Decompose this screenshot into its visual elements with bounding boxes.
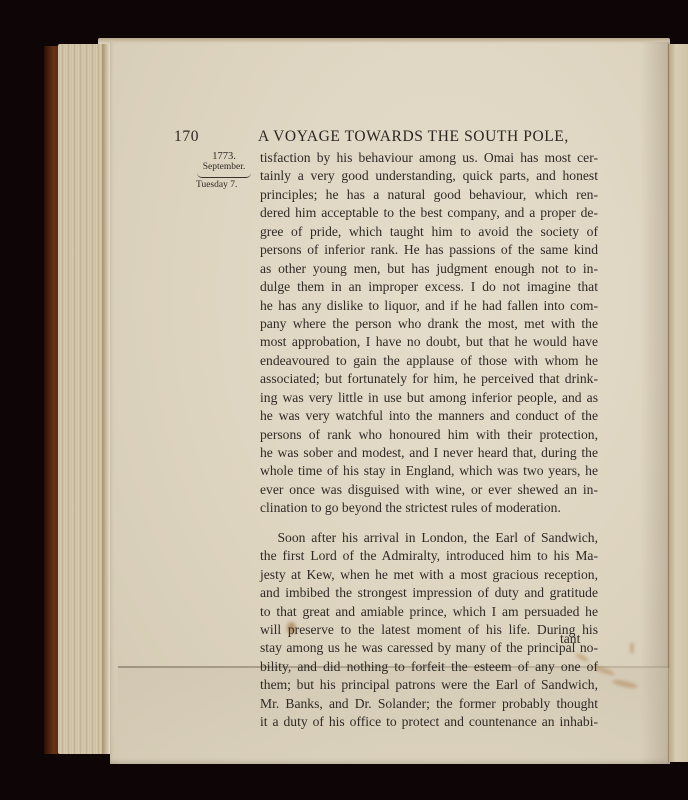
text-line: Soon after his arrival in London, the Ea… <box>260 529 598 547</box>
margin-day: Tuesday 7. <box>192 180 256 191</box>
text-line: will preserve to the latest moment of hi… <box>260 621 598 639</box>
text-line: and imbibed the strongest impression of … <box>260 584 598 602</box>
text-line: persons of rank who honoured him with th… <box>260 426 598 444</box>
text-line: ing was very little in use but among inf… <box>260 389 598 407</box>
text-line: gree of pride, which taught him to avoid… <box>260 223 598 241</box>
text-line: the first Lord of the Admiralty, introdu… <box>260 547 598 565</box>
text-line: tisfaction by his behaviour among us. Om… <box>260 149 598 167</box>
text-line: he was sober and modest, and I never hea… <box>260 444 598 462</box>
text-line: stay among us he was caressed by many of… <box>260 639 598 657</box>
gutter-shadow <box>640 42 670 764</box>
text-line: it a duty of his office to protect and c… <box>260 713 598 731</box>
text-line: he was very watchful into the manners an… <box>260 407 598 425</box>
paragraph: Soon after his arrival in London, the Ea… <box>260 529 598 732</box>
foxing-stain <box>630 642 634 654</box>
text-line: to that great and amiable prince, which … <box>260 603 598 621</box>
page-stack-edges <box>58 44 112 754</box>
brace-divider <box>197 173 251 178</box>
text-line: clination to go beyond the strictest rul… <box>260 499 598 517</box>
body-text: tisfaction by his behaviour among us. Om… <box>260 149 598 732</box>
text-line: dulge them in an improper excess. I do n… <box>260 278 598 296</box>
text-line: tainly a very good understanding, quick … <box>260 167 598 185</box>
text-line: associated; but fortunately for him, he … <box>260 370 598 388</box>
text-line: most approbation, I have no doubt, but t… <box>260 333 598 351</box>
page-number: 170 <box>174 128 199 146</box>
text-line: jesty at Kew, when he met with a most gr… <box>260 566 598 584</box>
paragraph-gap <box>260 518 598 529</box>
text-line: whole time of his stay in England, which… <box>260 462 598 480</box>
text-line: persons of inferior rank. He has passion… <box>260 241 598 259</box>
book-scan: 170 A VOYAGE TOWARDS THE SOUTH POLE, 177… <box>0 0 688 800</box>
text-line: he has any dislike to liquor, and if he … <box>260 297 598 315</box>
running-head-title: A VOYAGE TOWARDS THE SOUTH POLE, <box>258 128 569 146</box>
text-line: pany where the person who drank the most… <box>260 315 598 333</box>
text-line: endeavoured to gain the applause of thos… <box>260 352 598 370</box>
facing-page-edge <box>668 44 688 762</box>
text-line: bility, and did nothing to forfeit the e… <box>260 658 598 676</box>
text-line: as other young men, but has judgment eno… <box>260 260 598 278</box>
margin-date-note: 1773. September. Tuesday 7. <box>192 151 256 191</box>
text-line: dered him acceptable to the best company… <box>260 204 598 222</box>
text-line: them; but his principal patrons were the… <box>260 676 598 694</box>
margin-year: 1773. <box>192 151 256 162</box>
text-line: principles; he has a natural good behavi… <box>260 186 598 204</box>
text-line: ever once was disguised with wine, or ev… <box>260 481 598 499</box>
text-line: Mr. Banks, and Dr. Solander; the former … <box>260 695 598 713</box>
paragraph: tisfaction by his behaviour among us. Om… <box>260 149 598 518</box>
margin-month: September. <box>192 162 256 173</box>
catchword: tant <box>560 631 580 647</box>
